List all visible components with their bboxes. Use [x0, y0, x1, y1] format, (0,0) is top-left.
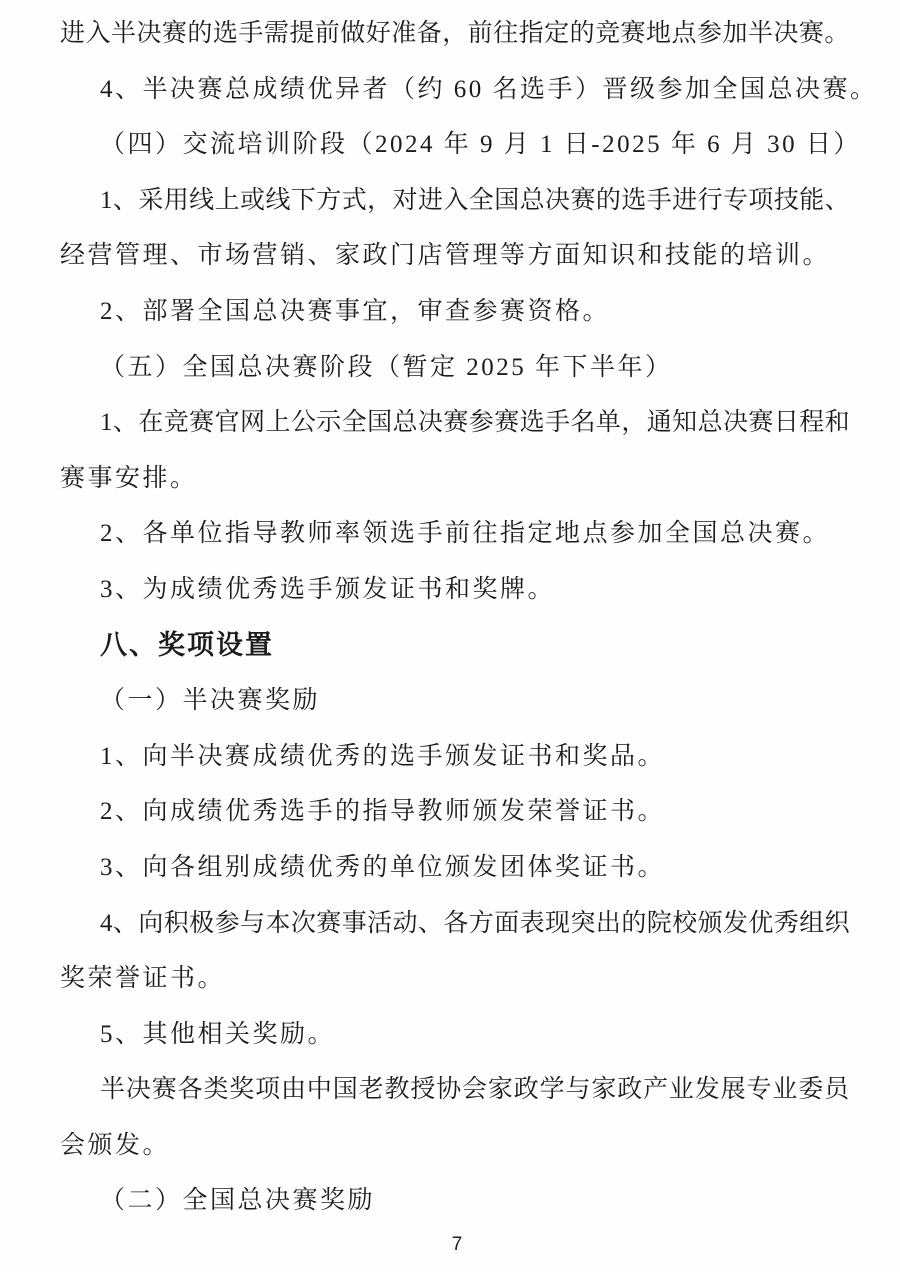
text-line-content: 2、各单位指导教师率领选手前往指定地点参加全国总决赛。: [100, 520, 830, 547]
text-line: 进入半决赛的选手需提前做好准备，前往指定的竞赛地点参加半决赛。: [60, 6, 850, 62]
text-line: 赛事安排。: [60, 451, 850, 507]
page-number: 7: [0, 1234, 900, 1256]
text-line: 1、在竞赛官网上公示全国总决赛参赛选手名单，通知总决赛日程和: [60, 395, 850, 451]
text-line: 会颁发。: [60, 1118, 850, 1174]
text-line-content: 半决赛各类奖项由中国老教授协会家政学与家政产业发展专业委员: [100, 1076, 850, 1103]
text-line: 4、向积极参与本次赛事活动、各方面表现突出的院校颁发优秀组织: [60, 896, 850, 952]
text-line: 1、向半决赛成绩优秀的选手颁发证书和奖品。: [60, 729, 850, 785]
text-line: （一）半决赛奖励: [60, 673, 850, 729]
text-line-content: 2、部署全国总决赛事宜，审查参赛资格。: [100, 298, 610, 325]
text-line: （五）全国总决赛阶段（暂定 2025 年下半年）: [60, 340, 850, 396]
text-line-content: 3、向各组别成绩优秀的单位颁发团体奖证书。: [100, 854, 665, 881]
text-line-content: （一）半决赛奖励: [100, 687, 320, 714]
text-line-content: 4、半决赛总成绩优异者（约 60 名选手）晋级参加全国总决赛。: [100, 76, 878, 103]
text-line-content: 奖荣誉证书。: [60, 965, 225, 992]
text-line: （二）全国总决赛奖励: [60, 1173, 850, 1229]
text-line: 奖荣誉证书。: [60, 951, 850, 1007]
text-line: （四）交流培训阶段（2024 年 9 月 1 日-2025 年 6 月 30 日…: [60, 117, 850, 173]
text-line: 2、各单位指导教师率领选手前往指定地点参加全国总决赛。: [60, 506, 850, 562]
text-line: 4、半决赛总成绩优异者（约 60 名选手）晋级参加全国总决赛。: [60, 62, 850, 118]
text-line: 经营管理、市场营销、家政门店管理等方面知识和技能的培训。: [60, 228, 850, 284]
text-line-content: 进入半决赛的选手需提前做好准备，前往指定的竞赛地点参加半决赛。: [60, 20, 850, 47]
document-page: 进入半决赛的选手需提前做好准备，前往指定的竞赛地点参加半决赛。4、半决赛总成绩优…: [0, 0, 900, 1272]
text-line: 2、部署全国总决赛事宜，审查参赛资格。: [60, 284, 850, 340]
text-line-content: 1、采用线上或线下方式，对进入全国总决赛的选手进行专项技能、: [100, 187, 850, 214]
text-line: 半决赛各类奖项由中国老教授协会家政学与家政产业发展专业委员: [60, 1062, 850, 1118]
text-line: 5、其他相关奖励。: [60, 1007, 850, 1063]
text-line-content: （五）全国总决赛阶段（暂定 2025 年下半年）: [100, 354, 673, 381]
text-line-content: （四）交流培训阶段（2024 年 9 月 1 日-2025 年 6 月 30 日…: [100, 131, 861, 158]
text-line-content: 1、向半决赛成绩优秀的选手颁发证书和奖品。: [100, 743, 665, 770]
text-line-content: 会颁发。: [60, 1132, 170, 1159]
document-body: 进入半决赛的选手需提前做好准备，前往指定的竞赛地点参加半决赛。4、半决赛总成绩优…: [60, 6, 850, 1229]
text-line: 3、为成绩优秀选手颁发证书和奖牌。: [60, 562, 850, 618]
text-line-content: 5、其他相关奖励。: [100, 1021, 335, 1048]
text-line: 1、采用线上或线下方式，对进入全国总决赛的选手进行专项技能、: [60, 173, 850, 229]
text-line-content: 八、奖项设置: [100, 630, 274, 660]
text-line-content: 3、为成绩优秀选手颁发证书和奖牌。: [100, 576, 555, 603]
text-line-content: 4、向积极参与本次赛事活动、各方面表现突出的院校颁发优秀组织: [100, 910, 850, 937]
text-line: 3、向各组别成绩优秀的单位颁发团体奖证书。: [60, 840, 850, 896]
text-line: 2、向成绩优秀选手的指导教师颁发荣誉证书。: [60, 784, 850, 840]
text-line-content: 1、在竞赛官网上公示全国总决赛参赛选手名单，通知总决赛日程和: [100, 409, 850, 436]
text-line-content: 经营管理、市场营销、家政门店管理等方面知识和技能的培训。: [60, 242, 830, 269]
text-line-content: 2、向成绩优秀选手的指导教师颁发荣誉证书。: [100, 798, 665, 825]
text-line-content: 赛事安排。: [60, 465, 198, 492]
section-heading: 八、奖项设置: [60, 618, 850, 674]
text-line-content: （二）全国总决赛奖励: [100, 1187, 375, 1214]
